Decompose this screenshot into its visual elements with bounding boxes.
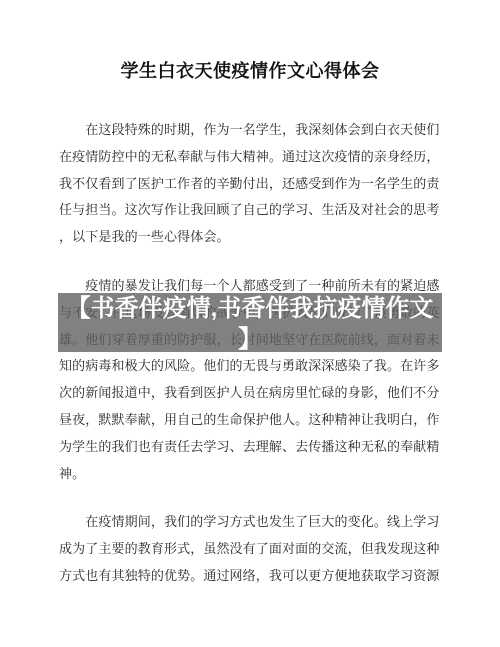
text-line: 在这段特殊的时期，作为一名学生，我深刻体会到白衣天使们 (59, 117, 441, 144)
text-line: 在疫情期间，我们的学习方式也发生了巨大的变化。线上学习 (59, 509, 441, 536)
watermark-line: 【书香伴疫情,书香伴我抗疫情作文 (58, 294, 442, 325)
text-line: ，以下是我的一些心得体会。 (59, 224, 441, 251)
text-line: 次的新闻报道中，我看到医护人员在病房里忙碌的身影，他们不分 (59, 380, 441, 407)
text-line: 方式也有其独特的优势。通过网络，我可以更方便地获取学习资源 (59, 563, 441, 590)
text-line: 我不仅看到了医护工作者的辛勤付出，还感受到作为一名学生的责 (59, 171, 441, 198)
page-title: 学生白衣天使疫情作文心得体会 (0, 58, 500, 84)
text-line: 为学生的我们也有责任去学习、去理解、去传播这种无私的奉献精 (59, 434, 441, 461)
text-line: 神。 (59, 461, 441, 488)
watermark-overlay: 【书香伴疫情,书香伴我抗疫情作文】 (58, 293, 442, 352)
document-page: 学生白衣天使疫情作文心得体会 在这段特殊的时期，作为一名学生，我深刻体会到白衣天… (0, 0, 500, 647)
paragraph: 在这段特殊的时期，作为一名学生，我深刻体会到白衣天使们在疫情防控中的无私奉献与伟… (59, 117, 441, 251)
text-line: 任与担当。这次写作让我回顾了自己的学习、生活及对社会的思考 (59, 197, 441, 224)
text-line: 昼夜，默默奉献，用自己的生命保护他人。这种精神让我明白，作 (59, 407, 441, 434)
text-line: 在疫情防控中的无私奉献与伟大精神。通过这次疫情的亲身经历， (59, 144, 441, 171)
watermark-text: 【书香伴疫情,书香伴我抗疫情作文】 (58, 294, 442, 355)
text-line: 知的病毒和极大的风险。他们的无畏与勇敢深深感染了我。在许多 (59, 353, 441, 380)
paragraph: 在疫情期间，我们的学习方式也发生了巨大的变化。线上学习成为了主要的教育形式，虽然… (59, 509, 441, 589)
watermark-line: 】 (58, 325, 442, 356)
text-line: 成为了主要的教育形式，虽然没有了面对面的交流，但我发现这种 (59, 536, 441, 563)
